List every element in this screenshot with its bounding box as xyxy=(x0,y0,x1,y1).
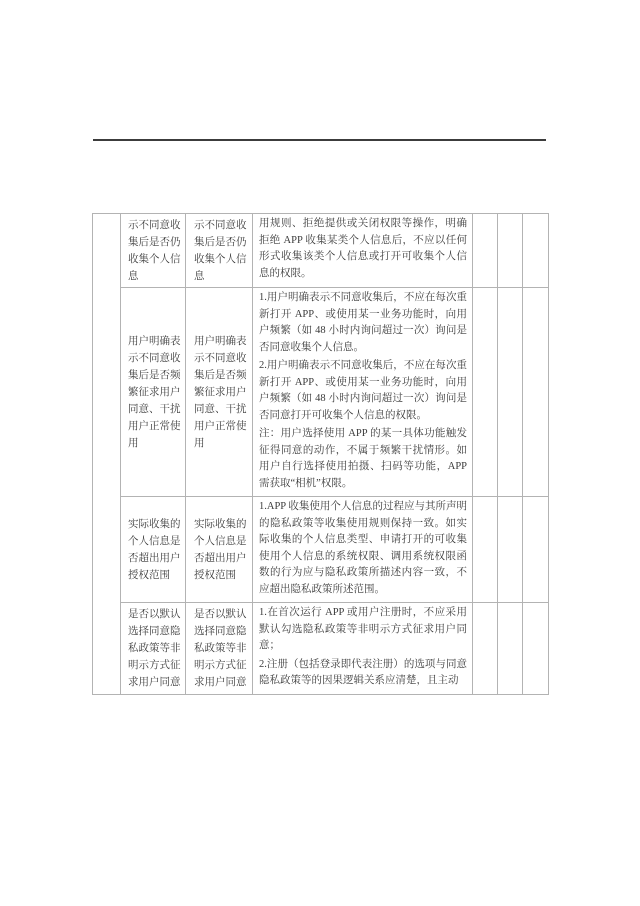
item-text: 是否以默认选择同意隐私政策等非明示方式征求用户同意 xyxy=(121,604,185,693)
table-row: 实际收集的个人信息是否超出用户授权范围 实际收集的个人信息是否超出用户授权范围 … xyxy=(93,497,549,603)
detail-paragraph: 1.APP 收集使用个人信息的过程应与其所声明的隐私政策等收集使用规则保持一致。… xyxy=(259,499,467,598)
item-repeat-cell: 示不同意收集后是否仍收集个人信息 xyxy=(186,214,253,288)
item-text: 示不同意收集后是否仍收集个人信息 xyxy=(121,215,185,287)
document-page: 示不同意收集后是否仍收集个人信息 示不同意收集后是否仍收集个人信息 用规则、拒绝… xyxy=(0,0,640,906)
empty-cell xyxy=(498,288,523,497)
item-repeat-text: 用户明确表示不同意收集后是否频繁征求用户同意、干扰用户正常使用 xyxy=(186,331,252,454)
detail-paragraph: 1.在首次运行 APP 或用户注册时，不应采用默认勾选隐私政策等非明示方式征求用… xyxy=(259,605,467,655)
empty-cell xyxy=(523,603,549,695)
detail-paragraph: 2.注册（包括登录即代表注册）的选项与同意隐私政策等的因果逻辑关系应清楚，且主动 xyxy=(259,657,467,690)
item-repeat-text: 示不同意收集后是否仍收集个人信息 xyxy=(186,215,252,287)
detail-paragraph: 2.用户明确表示不同意收集后，不应在每次重新打开 APP、或使用某一业务功能时，… xyxy=(259,358,467,424)
header-rule xyxy=(93,139,546,141)
empty-cell xyxy=(498,603,523,695)
table-row: 示不同意收集后是否仍收集个人信息 示不同意收集后是否仍收集个人信息 用规则、拒绝… xyxy=(93,214,549,288)
detail-cell: 1.在首次运行 APP 或用户注册时，不应采用默认勾选隐私政策等非明示方式征求用… xyxy=(253,603,473,695)
item-repeat-cell: 实际收集的个人信息是否超出用户授权范围 xyxy=(186,497,253,603)
item-repeat-cell: 是否以默认选择同意隐私政策等非明示方式征求用户同意 xyxy=(186,603,253,695)
empty-cell xyxy=(498,497,523,603)
empty-cell xyxy=(523,214,549,288)
table-row: 用户明确表示不同意收集后是否频繁征求用户同意、干扰用户正常使用 用户明确表示不同… xyxy=(93,288,549,497)
empty-cell xyxy=(523,288,549,497)
item-cell: 实际收集的个人信息是否超出用户授权范围 xyxy=(121,497,186,603)
item-cell: 是否以默认选择同意隐私政策等非明示方式征求用户同意 xyxy=(121,603,186,695)
item-repeat-text: 实际收集的个人信息是否超出用户授权范围 xyxy=(186,514,252,586)
empty-cell xyxy=(523,497,549,603)
item-cell: 用户明确表示不同意收集后是否频繁征求用户同意、干扰用户正常使用 xyxy=(121,288,186,497)
item-repeat-text: 是否以默认选择同意隐私政策等非明示方式征求用户同意 xyxy=(186,604,252,693)
detail-cell: 1.用户明确表示不同意收集后，不应在每次重新打开 APP、或使用某一业务功能时，… xyxy=(253,288,473,497)
table-row: 是否以默认选择同意隐私政策等非明示方式征求用户同意 是否以默认选择同意隐私政策等… xyxy=(93,603,549,695)
detail-paragraph: 1.用户明确表示不同意收集后，不应在每次重新打开 APP、或使用某一业务功能时，… xyxy=(259,290,467,356)
item-repeat-cell: 用户明确表示不同意收集后是否频繁征求用户同意、干扰用户正常使用 xyxy=(186,288,253,497)
empty-cell xyxy=(473,603,498,695)
item-text: 实际收集的个人信息是否超出用户授权范围 xyxy=(121,514,185,586)
item-text: 用户明确表示不同意收集后是否频繁征求用户同意、干扰用户正常使用 xyxy=(121,331,185,454)
index-cell xyxy=(93,214,121,695)
empty-cell xyxy=(473,497,498,603)
detail-cell: 用规则、拒绝提供或关闭权限等操作，明确拒绝 APP 收集某类个人信息后，不应以任… xyxy=(253,214,473,288)
empty-cell xyxy=(473,214,498,288)
empty-cell xyxy=(473,288,498,497)
detail-cell: 1.APP 收集使用个人信息的过程应与其所声明的隐私政策等收集使用规则保持一致。… xyxy=(253,497,473,603)
empty-cell xyxy=(498,214,523,288)
assessment-table: 示不同意收集后是否仍收集个人信息 示不同意收集后是否仍收集个人信息 用规则、拒绝… xyxy=(92,213,549,695)
item-cell: 示不同意收集后是否仍收集个人信息 xyxy=(121,214,186,288)
detail-paragraph: 注：用户选择使用 APP 的某一具体功能触发征得同意的动作，不属于频繁干扰情形。… xyxy=(259,426,467,492)
detail-paragraph: 用规则、拒绝提供或关闭权限等操作，明确拒绝 APP 收集某类个人信息后，不应以任… xyxy=(259,216,467,282)
